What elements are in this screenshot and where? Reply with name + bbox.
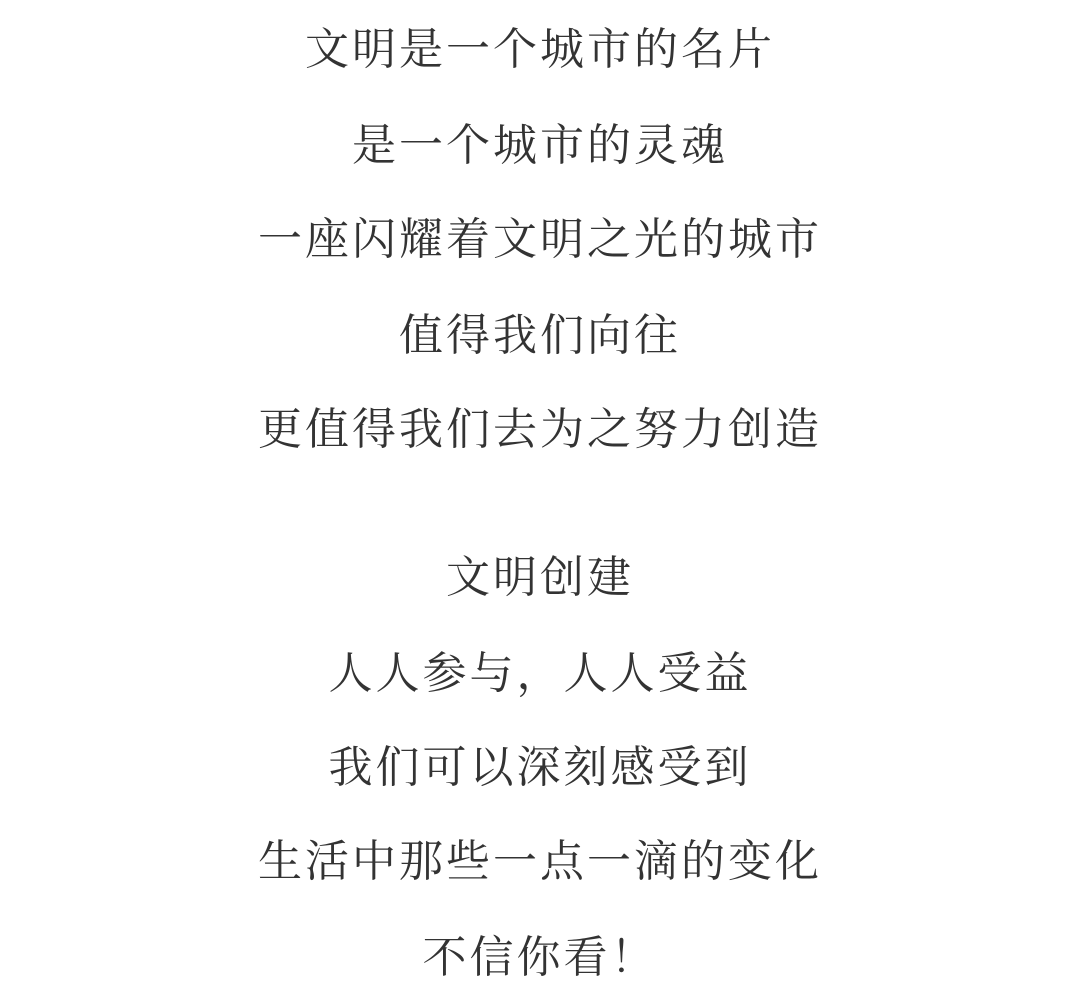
text-line: 文明是一个城市的名片 (0, 20, 1080, 80)
text-line: 人人参与，人人受益 (0, 644, 1080, 704)
text-line: 更值得我们去为之努力创造 (0, 400, 1080, 460)
text-line: 我们可以深刻感受到 (0, 738, 1080, 798)
text-line: 值得我们向往 (0, 306, 1080, 366)
text-line: 不信你看！ (0, 928, 1080, 988)
text-line: 生活中那些一点一滴的变化 (0, 832, 1080, 892)
text-line: 文明创建 (0, 548, 1080, 608)
text-line: 是一个城市的灵魂 (0, 116, 1080, 176)
text-line: 一座闪耀着文明之光的城市 (0, 210, 1080, 270)
